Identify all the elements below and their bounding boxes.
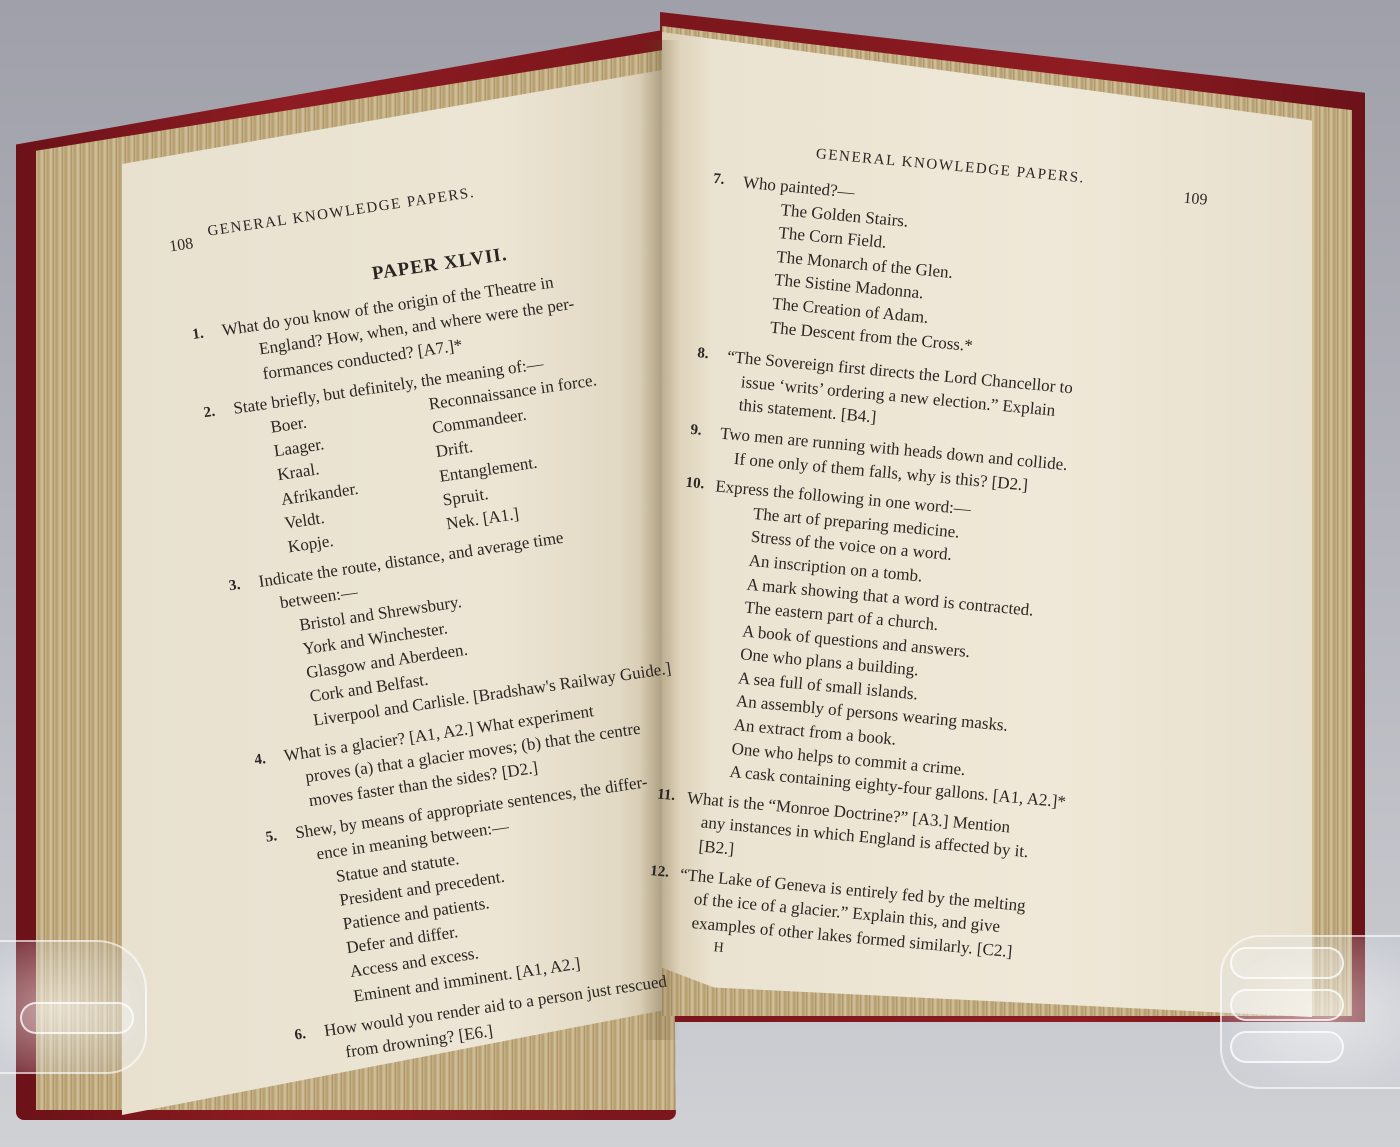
question-number: 5.: [264, 825, 279, 851]
right-page-text: GENERAL KNOWLEDGE PAPERS. 109 7. Who pai…: [642, 160, 1193, 1003]
clip-finger: [1230, 1031, 1344, 1063]
question-7: 7. Who painted?— The Golden Stairs. The …: [699, 168, 1192, 376]
acrylic-stand-clip-left: [0, 940, 147, 1074]
question-number: 1.: [191, 322, 206, 348]
question-number: 12.: [649, 860, 670, 885]
clip-finger: [1230, 989, 1344, 1021]
question-number: 4.: [253, 747, 268, 773]
clip-finger: [20, 1002, 134, 1034]
page-number: 108: [168, 232, 195, 259]
question-10: 10. Express the following in one word:— …: [659, 472, 1165, 821]
clip-finger: [1230, 947, 1344, 979]
question-number: 6.: [293, 1022, 308, 1048]
question-number: 9.: [689, 419, 702, 444]
question-number: 10.: [684, 472, 705, 497]
question-number: 8.: [696, 342, 709, 367]
question-number: 7.: [712, 168, 725, 193]
book-photo-scene: 108 GENERAL KNOWLEDGE PAPERS. PAPER XLVI…: [0, 0, 1400, 1147]
question-number: 2.: [202, 400, 217, 426]
acrylic-stand-clip-right: [1220, 935, 1400, 1089]
question-number: 3.: [227, 573, 242, 599]
page-number: 109: [1182, 187, 1208, 213]
question-number: 11.: [656, 783, 676, 808]
